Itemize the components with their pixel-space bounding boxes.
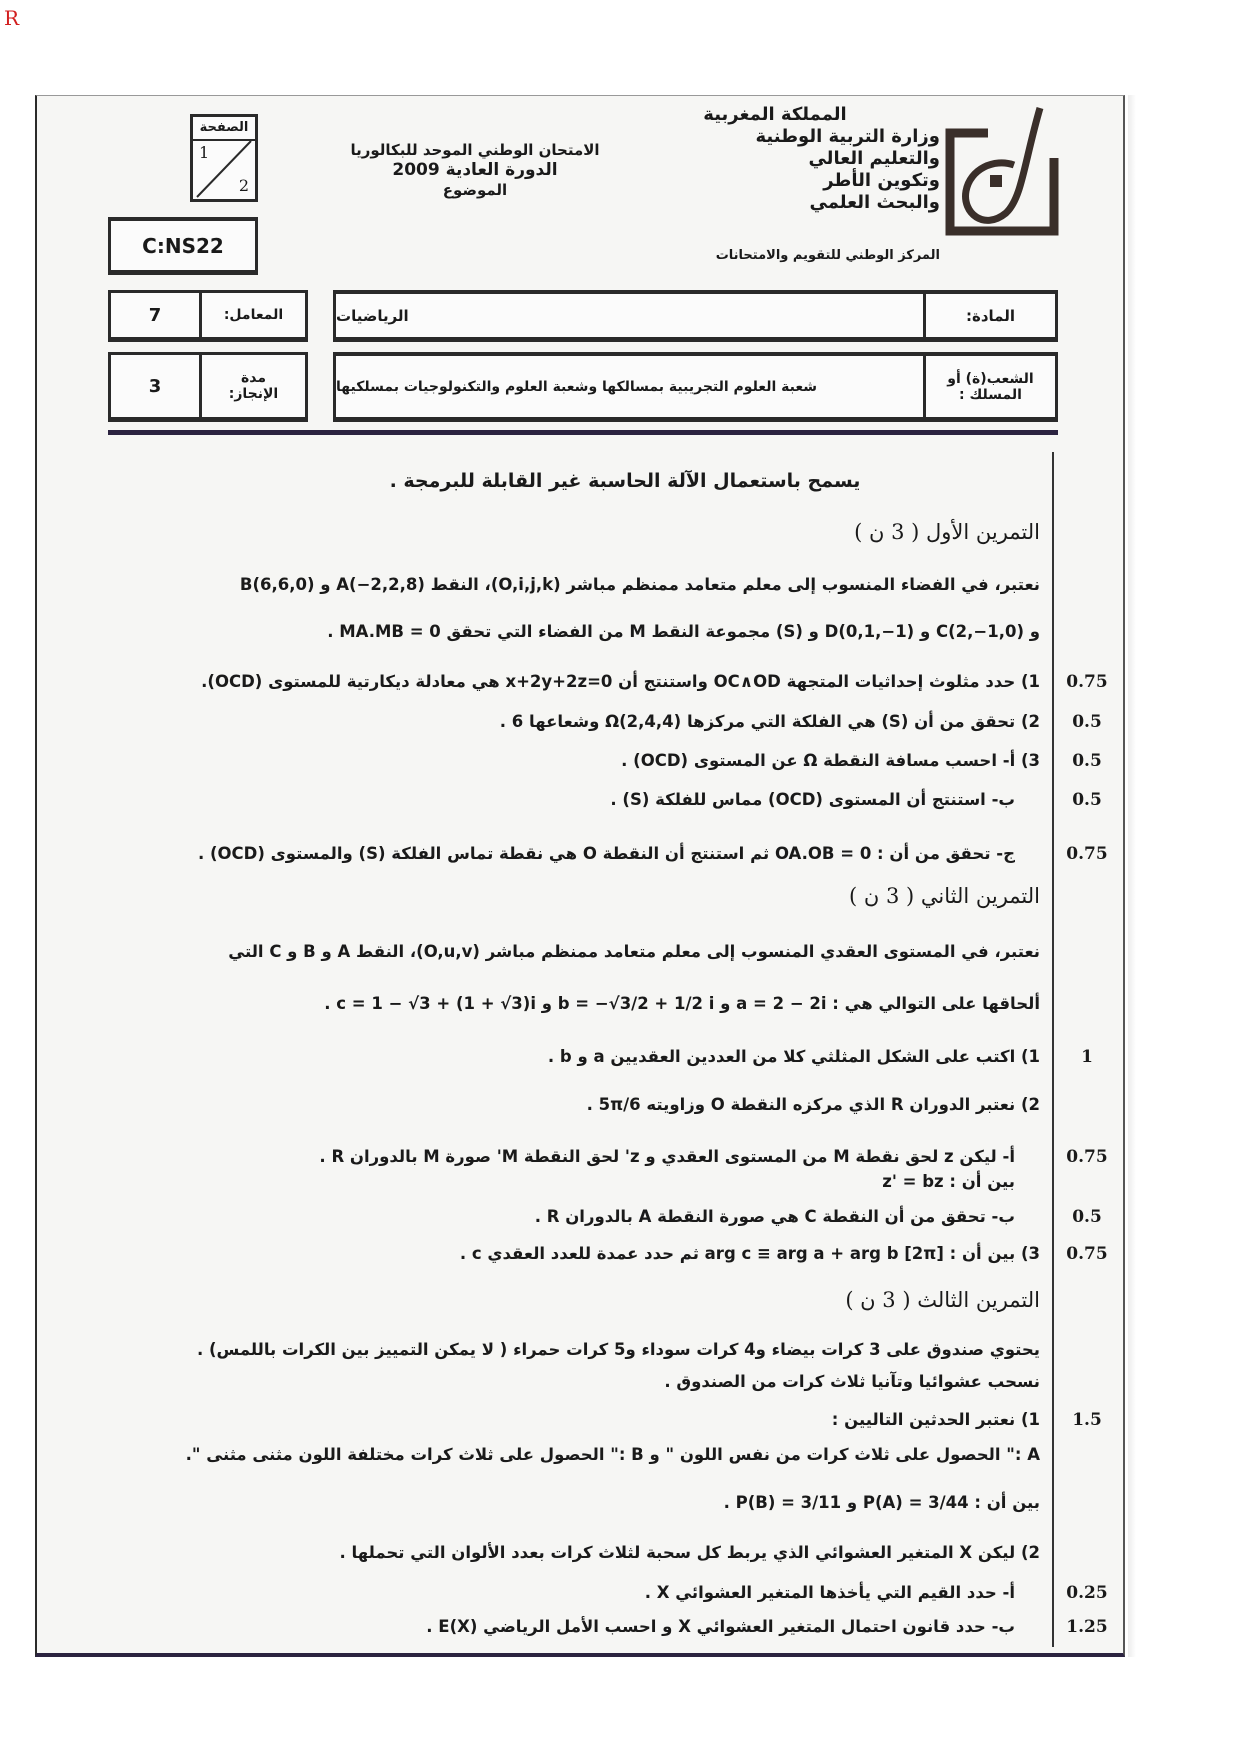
exercise-1-intro-2: و C(2,−1,0) و D(0,1,−1) و (S) مجموعة الن… (327, 622, 1040, 641)
track-box: شعبة العلوم التجريبية بمسالكها وشعبة الع… (333, 352, 1058, 422)
subject-value: الرياضيات (336, 294, 916, 337)
ministry-logo-icon (944, 103, 1062, 238)
exercise-3-title: التمرين الثالث ( 3 ن ) (845, 1288, 1040, 1312)
exercise-3-q2: 2) ليكن X المتغير العشوائي الذي يربط كل … (339, 1543, 1040, 1562)
page-current: 1 (199, 143, 209, 162)
duration-label: مدة الإنجاز: (202, 355, 305, 417)
ministry-line-2: وزارة التربية الوطنية (640, 126, 940, 148)
ministry-line-5: والبحث العلمي (640, 192, 940, 214)
exam-code: C:NS22 (108, 217, 258, 275)
page-number-box: الصفحة 1 2 (190, 114, 258, 202)
center-name: المركز الوطني للتقويم والامتحانات (640, 248, 940, 263)
ministry-name: المملكة المغربية وزارة التربية الوطنية و… (640, 104, 940, 214)
exam-title: الامتحان الوطني الموحد للبكالوريا الدورة… (310, 140, 640, 200)
exercise-1-q2-score: 0.5 (1062, 712, 1112, 732)
exercise-3-q1: 1) نعتبر الحدثين التاليين : (832, 1410, 1040, 1429)
exercise-1-title: التمرين الأول ( 3 ن ) (854, 520, 1040, 544)
exercise-3-q2b-score: 1.25 (1062, 1617, 1112, 1637)
exercise-1-q3c-score: 0.75 (1062, 844, 1112, 864)
exercise-1-intro-1: نعتبر، في الفضاء المنسوب إلى معلم متعامد… (240, 575, 1040, 594)
exercise-2-q2a-score: 0.75 (1062, 1147, 1112, 1167)
subject-label: المادة: (926, 294, 1055, 337)
exercise-3-q2a: أ- حدد القيم التي يأخذها المتغير العشوائ… (645, 1583, 1015, 1602)
exercise-1-q1-score: 0.75 (1062, 672, 1112, 692)
exercise-3-q2a-score: 0.25 (1062, 1583, 1112, 1603)
exercise-2-q3: 3) بين أن : arg c ≡ arg a + arg b [2π] ث… (460, 1244, 1040, 1263)
coefficient-box: 7 المعامل: (108, 290, 308, 342)
exercise-2-q2b: ب- تحقق من أن النقطة C هي صورة النقطة A … (535, 1207, 1015, 1226)
exercise-3-intro-2: نسحب عشوائيا وتآنيا ثلاث كرات من الصندوق… (664, 1372, 1040, 1391)
ministry-line-1: المملكة المغربية (640, 104, 940, 126)
track-label: الشعب(ة) أو المسلك : (926, 356, 1055, 417)
page-label: الصفحة (193, 117, 255, 141)
score-column-divider (1052, 452, 1054, 1647)
exercise-1-q1: 1) حدد مثلوث إحداثيات المتجهة OC∧OD واست… (201, 672, 1040, 691)
subject-box: الرياضيات المادة: (333, 290, 1058, 342)
exercise-1-q3b: ب- استنتج أن المستوى (OCD) مماس للفلكة (… (610, 790, 1015, 809)
exam-title-line-2: الدورة العادية 2009 (310, 160, 640, 180)
exercise-1-q2: 2) تحقق من أن (S) هي الفلكة التي مركزها … (500, 712, 1040, 731)
exercise-1-q3c: ج- تحقق من أن : OA.OB = 0 ثم استنتج أن ا… (198, 844, 1015, 863)
coefficient-value: 7 (111, 293, 199, 337)
scan-edge (1128, 95, 1136, 1657)
exercise-2-q2: 2) نعتبر الدوران R الذي مركزه النقطة O و… (587, 1095, 1040, 1114)
exercise-2-q1: 1) اكتب على الشكل المثلثي كلا من العددين… (548, 1047, 1040, 1066)
exercise-3-q1-events: A :" الحصول على ثلاث كرات من نفس اللون "… (186, 1445, 1040, 1464)
exercise-1-q3a: 3) أ- احسب مسافة النقطة Ω عن المستوى (OC… (621, 751, 1040, 770)
exercise-2-intro-2: ألحاقها على التوالي هي : a = 2 − 2i و b … (324, 994, 1040, 1013)
corner-mark: R (4, 6, 19, 30)
exercise-2-title: التمرين الثاني ( 3 ن ) (849, 884, 1040, 908)
duration-box: 3 مدة الإنجاز: (108, 352, 308, 422)
header-divider (108, 430, 1058, 435)
coefficient-label: المعامل: (202, 293, 305, 337)
exercise-1-q3a-score: 0.5 (1062, 751, 1112, 771)
track-value: شعبة العلوم التجريبية بمسالكها وشعبة الع… (336, 356, 916, 417)
exam-title-line-1: الامتحان الوطني الموحد للبكالوريا (310, 140, 640, 160)
exercise-2-q1-score: 1 (1062, 1047, 1112, 1067)
exercise-2-q3-score: 0.75 (1062, 1244, 1112, 1264)
duration-value: 3 (111, 355, 199, 417)
exercise-3-intro-1: يحتوي صندوق على 3 كرات بيضاء و4 كرات سود… (197, 1340, 1040, 1359)
ministry-line-3: والتعليم العالي (640, 148, 940, 170)
exercise-2-intro-1: نعتبر، في المستوى العقدي المنسوب إلى معل… (228, 942, 1040, 961)
exam-title-line-3: الموضوع (310, 180, 640, 200)
exercise-2-q2b-score: 0.5 (1062, 1207, 1112, 1227)
exercise-2-q2a-show: بين أن : z' = bz (882, 1172, 1015, 1191)
page-total: 2 (239, 176, 249, 195)
exercise-1-q3b-score: 0.5 (1062, 790, 1112, 810)
exercise-3-q1-score: 1.5 (1062, 1410, 1112, 1430)
ministry-line-4: وتكوين الأطر (640, 170, 940, 192)
exercise-3-q2b: ب- حدد قانون احتمال المتغير العشوائي X و… (426, 1617, 1015, 1636)
exercise-2-q2a: أ- ليكن z لحق نقطة M من المستوى العقدي و… (319, 1147, 1015, 1166)
calculator-notice: يسمح باستعمال الآلة الحاسبة غير القابلة … (300, 470, 950, 492)
exercise-3-q1-show: بين أن : P(A) = 3/44 و P(B) = 3/11 . (724, 1493, 1040, 1512)
